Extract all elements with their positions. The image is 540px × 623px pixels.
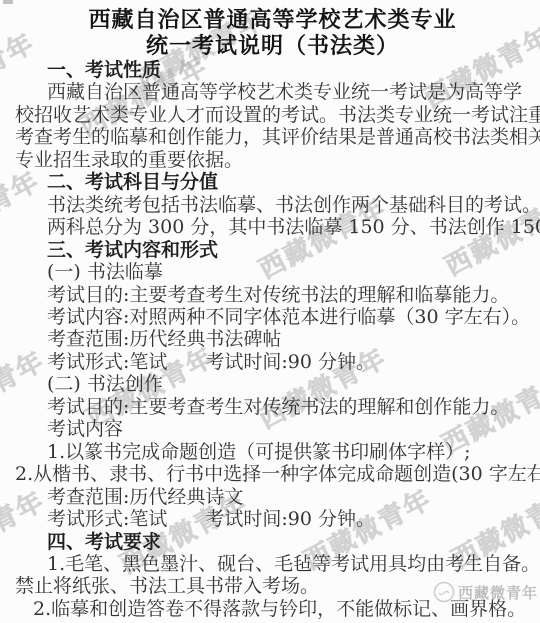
doc-title-line-1: 西藏自治区普通高等学校艺术类专业 bbox=[15, 8, 530, 34]
doc-line: 书法类统考包括书法临摹、书法创作两个基础科目的考试。 bbox=[15, 194, 530, 216]
doc-text-lines: 一、考试性质西藏自治区普通高等学校艺术类专业统一考试是为高等学校招收艺术类专业人… bbox=[15, 59, 530, 620]
doc-line: 1.毛笔、黑色墨汁、砚台、毛毡等考试用具均由考生自备。 bbox=[15, 553, 530, 575]
doc-line: 两科总分为 300 分，其中书法临摹 150 分、书法创作 150 分。 bbox=[15, 216, 530, 238]
doc-line: 西藏自治区普通高等学校艺术类专业统一考试是为高等学 bbox=[15, 81, 530, 103]
doc-line: 考试形式:笔试 考试时间:90 分钟。 bbox=[15, 351, 530, 373]
doc-line: (一) 书法临摹 bbox=[15, 261, 530, 283]
doc-line: 考试目的:主要考查考生对传统书法的理解和临摹能力。 bbox=[15, 284, 530, 306]
doc-section-heading: 四、考试要求 bbox=[15, 531, 530, 553]
doc-line: 考查范围:历代经典诗文 bbox=[15, 486, 530, 508]
doc-line: 考试形式:笔试 考试时间:90 分钟。 bbox=[15, 508, 530, 530]
doc-line: 考查范围:历代经典书法碑帖 bbox=[15, 328, 530, 350]
document-body: 西藏自治区普通高等学校艺术类专业 统一考试说明（书法类） 一、考试性质西藏自治区… bbox=[15, 8, 530, 620]
doc-line: 校招收艺术类专业人才而设置的考试。书法类专业统一考试注重 bbox=[15, 104, 530, 126]
doc-title-line-2: 统一考试说明（书法类） bbox=[15, 34, 530, 60]
doc-line: 2.从楷书、隶书、行书中选择一种字体完成命题创造(30 字左右)。 bbox=[15, 463, 530, 485]
doc-line: (二) 书法创作 bbox=[15, 373, 530, 395]
doc-line: 专业招生录取的重要依据。 bbox=[15, 149, 530, 171]
doc-section-heading: 三、考试内容和形式 bbox=[15, 239, 530, 261]
doc-line: 考试内容 bbox=[15, 418, 530, 440]
doc-line: 1.以篆书完成命题创造（可提供篆书印刷体字样）; bbox=[15, 441, 530, 463]
brand-logo-icon bbox=[433, 581, 455, 603]
brand-name: 西藏微青年 bbox=[458, 582, 538, 603]
doc-section-heading: 一、考试性质 bbox=[15, 59, 530, 81]
doc-line: 考查考生的临摹和创作能力，其评价结果是普通高校书法类相关 bbox=[15, 126, 530, 148]
doc-section-heading: 二、考试科目与分值 bbox=[15, 171, 530, 193]
doc-line: 考试内容:对照两种不同字体范本进行临摹（30 字左右）。 bbox=[15, 306, 530, 328]
doc-line: 考试目的:主要考查考生对传统书法的理解和创作能力。 bbox=[15, 396, 530, 418]
scan-artifact bbox=[3, 0, 13, 4]
document-page: 西藏微青年西藏微青年西藏微青年西藏微青年西藏微青年西藏微青年西藏微青年西藏微青年… bbox=[0, 0, 540, 623]
brand-badge: 西藏微青年 bbox=[433, 581, 538, 603]
